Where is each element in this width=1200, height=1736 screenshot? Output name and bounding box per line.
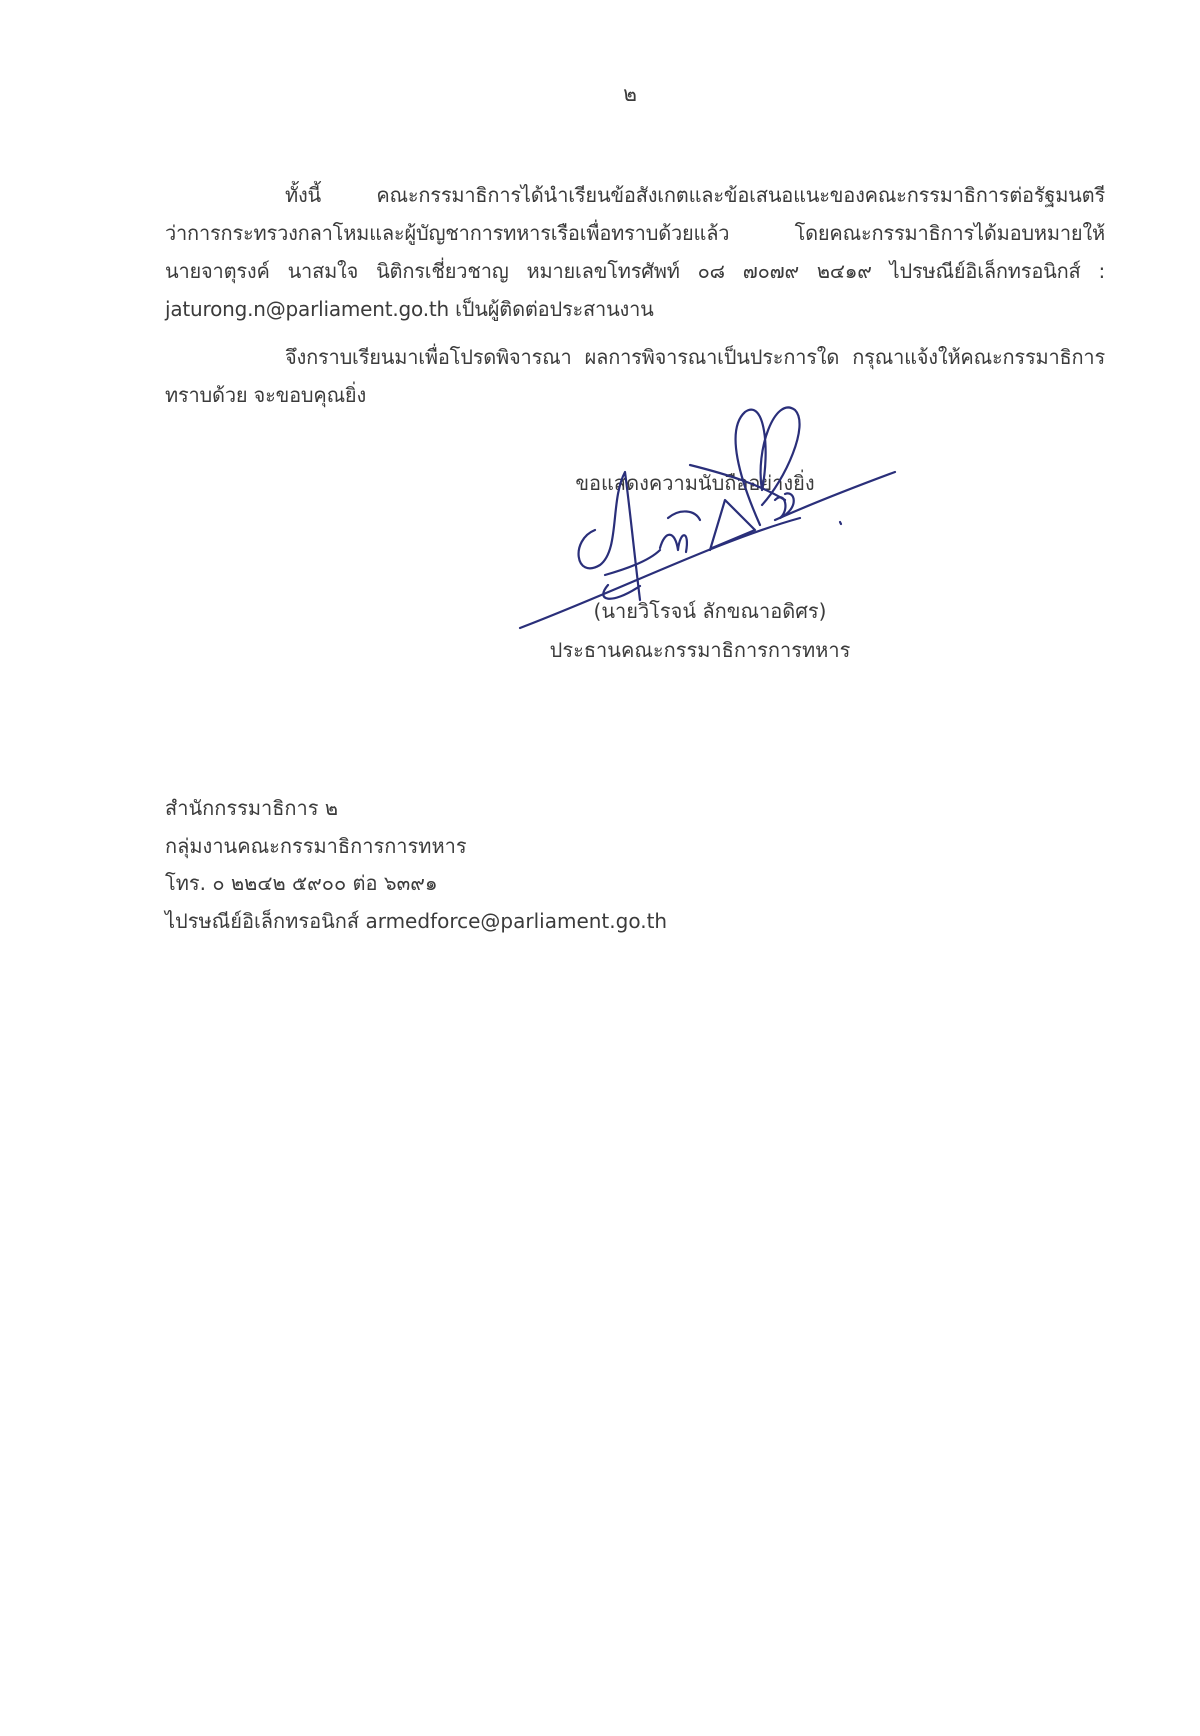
closing-salutation: ขอแสดงความนับถืออย่างยิ่ง (520, 467, 870, 499)
footer-email: ไปรษณีย์อิเล็กทรอนิกส์ armedforce@parlia… (165, 903, 667, 941)
footer-office: สำนักกรรมาธิการ ๒ (165, 790, 667, 828)
document-page: ๒ ทั้งนี้ คณะกรรมาธิการได้นำเรียนข้อสังเ… (0, 0, 1200, 1736)
footer-phone: โทร. ๐ ๒๒๔๒ ๕๙๐๐ ต่อ ๖๓๙๑ (165, 865, 667, 903)
paragraph-request: จึงกราบเรียนมาเพื่อโปรดพิจารณา ผลการพิจา… (165, 338, 1105, 414)
paragraph-line: นายจาตุรงค์ นาสมใจ นิติกรเชี่ยวชาญ หมายเ… (165, 252, 1105, 290)
page-number: ๒ (600, 78, 660, 111)
paragraph-notification: ทั้งนี้ คณะกรรมาธิการได้นำเรียนข้อสังเกต… (165, 176, 1105, 328)
paragraph-line: ว่าการกระทรวงกลาโหมและผู้บัญชาการทหารเรื… (165, 214, 1105, 252)
paragraph-line: ทั้งนี้ คณะกรรมาธิการได้นำเรียนข้อสังเกต… (165, 176, 1105, 214)
paragraph-line: ทราบด้วย จะขอบคุณยิ่ง (165, 376, 1105, 414)
paragraph-line-email: jaturong.n@parliament.go.th เป็นผู้ติดต่… (165, 290, 1105, 328)
office-contact-footer: สำนักกรรมาธิการ ๒ กลุ่มงานคณะกรรมาธิการก… (165, 790, 667, 940)
signatory-name: (นายวิโรจน์ ลักขณาอดิศร) (540, 595, 880, 627)
signatory-position: ประธานคณะกรรมาธิการการทหาร (520, 634, 880, 666)
paragraph-line: จึงกราบเรียนมาเพื่อโปรดพิจารณา ผลการพิจา… (165, 338, 1105, 376)
footer-division: กลุ่มงานคณะกรรมาธิการการทหาร (165, 828, 667, 866)
